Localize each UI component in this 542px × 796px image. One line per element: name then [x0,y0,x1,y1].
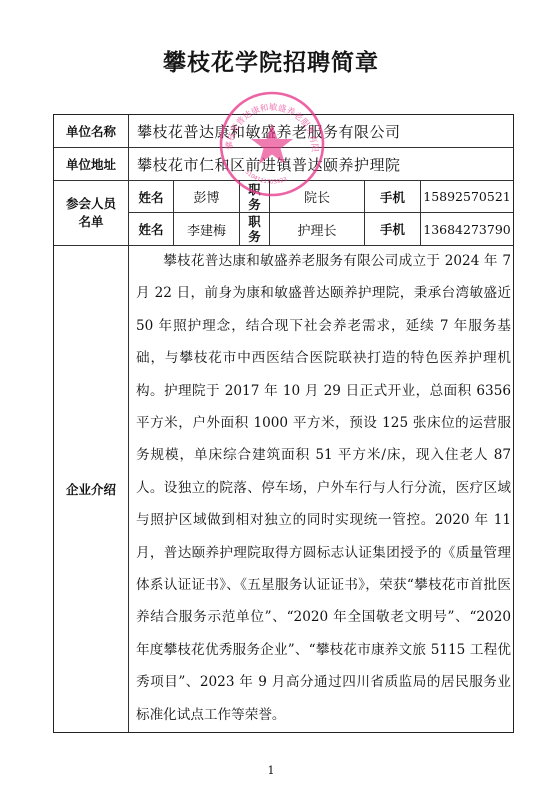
unit-name-value: 攀枝花普达康和敏盛养老服务有限公司 [129,115,513,147]
unit-name-label: 单位名称 [54,115,128,147]
attendee-name: 彭博 [174,181,239,212]
page-title: 攀枝花学院招聘简章 [0,44,542,77]
attendees-label-line1: 参会人员 [66,195,116,213]
unit-address-value: 攀枝花市仁和区前进镇普达颐养护理院 [129,148,513,180]
attendee-position-label: 职 务 [240,213,269,245]
attendee-position-label: 职 务 [240,181,269,212]
attendee-phone-label: 手机 [365,213,420,245]
intro-text-block: 攀枝花普达康和敏盛养老服务有限公司成立于 2024 年 7 月 22 日，前身为… [136,245,511,731]
attendee-name-label: 姓名 [129,213,173,245]
intro-text: 攀枝花普达康和敏盛养老服务有限公司成立于 2024 年 7 月 22 日，前身为… [136,245,511,731]
attendee-name: 李建梅 [174,213,239,245]
attendee-position: 院长 [270,181,364,212]
recruitment-info-table: 单位名称 攀枝花普达康和敏盛养老服务有限公司 单位地址 攀枝花市仁和区前进镇普达… [53,114,514,733]
attendee-phone-label: 手机 [365,181,420,212]
attendee-position: 护理长 [270,213,364,245]
attendees-label-line2: 名单 [78,213,103,231]
attendee-phone: 15892570521 [421,181,513,212]
attendee-phone: 13684273790 [421,213,513,245]
unit-address-label: 单位地址 [54,148,128,180]
attendee-name-label: 姓名 [129,181,173,212]
page-number: 1 [0,764,542,777]
intro-label: 企业介绍 [54,246,128,732]
attendees-label: 参会人员 名单 [54,181,128,245]
